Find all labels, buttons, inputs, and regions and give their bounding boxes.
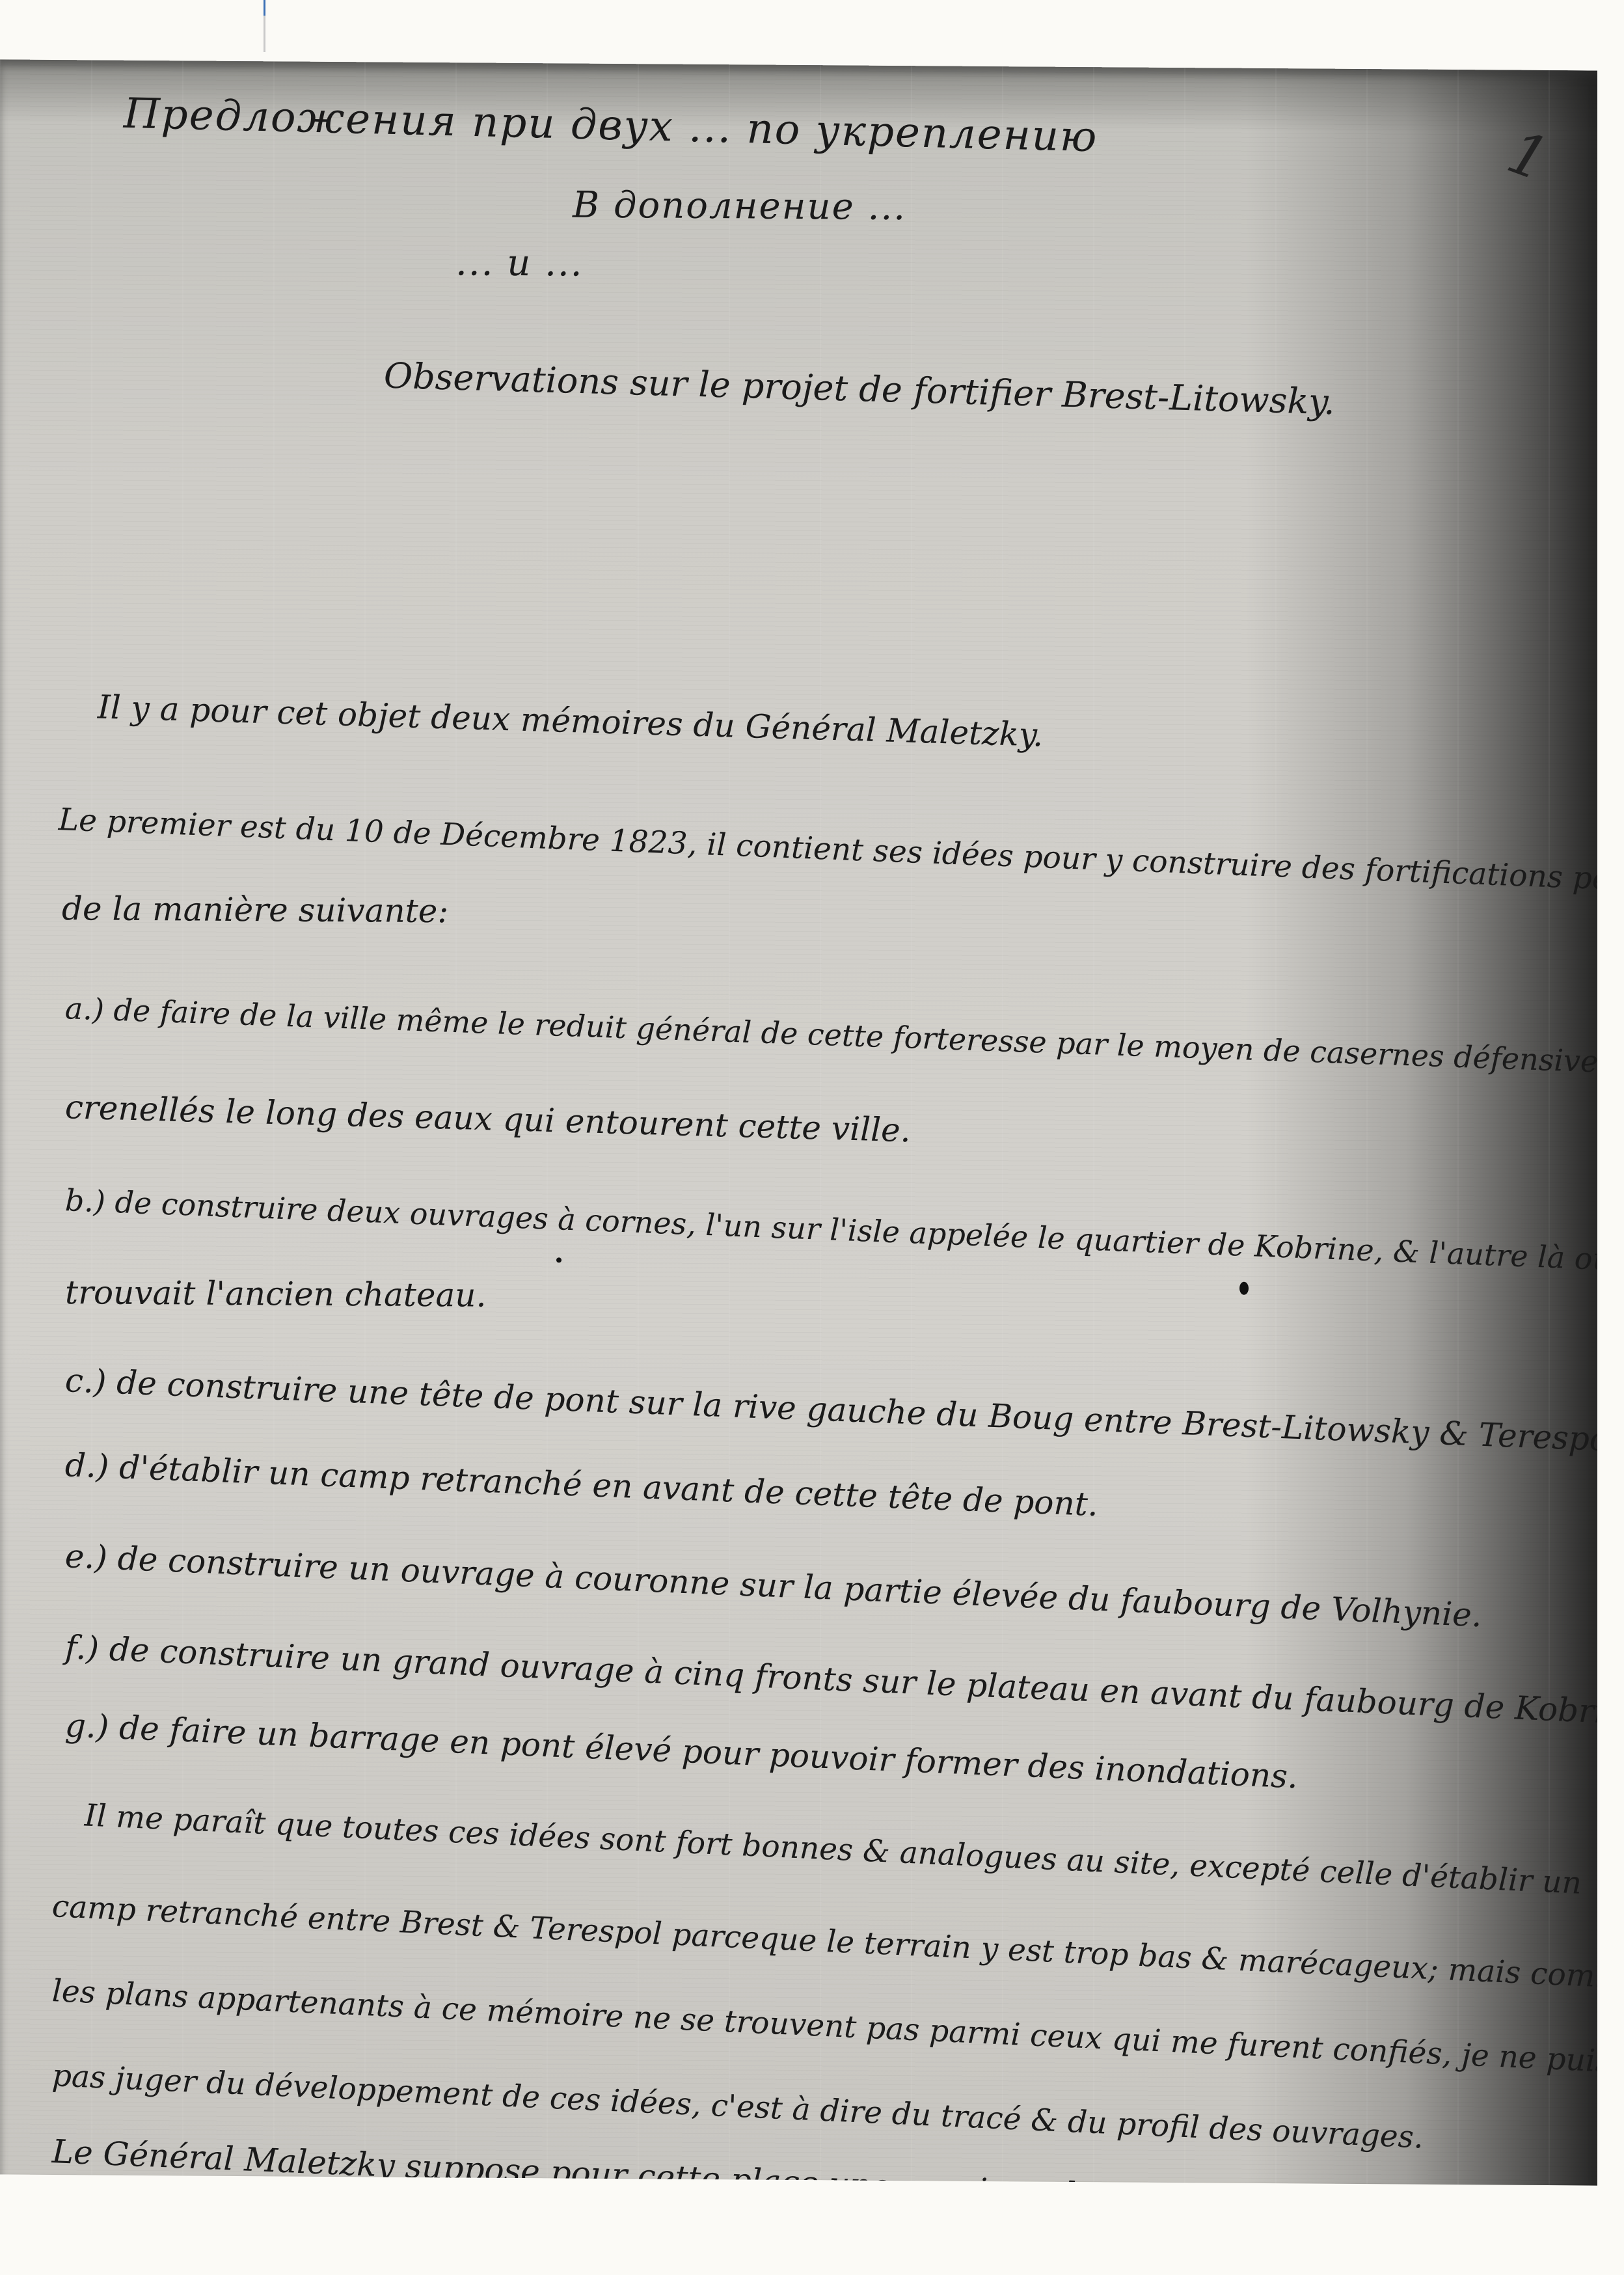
manuscript-photo: Предложения при двух ... по укреплению 1…: [0, 59, 1597, 2185]
list-item-a-line-1: a.) de faire de la ville même le reduit …: [64, 990, 1597, 1084]
document-title: Observations sur le projet de fortifier …: [383, 355, 1335, 423]
body-line-3: de la manière suivante:: [62, 890, 448, 930]
ink-spot: [556, 1257, 562, 1262]
body-line-conclusion-2: camp retranché entre Brest & Terespol pa…: [51, 1888, 1597, 1996]
body-line-conclusion-3: les plans appartenants à ce mémoire ne s…: [51, 1973, 1597, 2080]
list-item-g: g.) de faire un barrage en pont élevé po…: [64, 1706, 1299, 1795]
list-item-a-line-2: crenellés le long des eaux qui entourent…: [64, 1088, 911, 1149]
list-item-c: c.) de construire une tête de pont sur l…: [64, 1361, 1597, 1459]
body-line-conclusion-1: Il me paraît que toutes ces idées sont f…: [84, 1797, 1582, 1901]
list-item-e: e.) de construire un ouvrage à couronne …: [64, 1537, 1483, 1634]
page-number: 1: [1499, 118, 1558, 195]
russian-annotation-line-3: ... и ...: [455, 241, 583, 284]
scan-edge-mark: [264, 0, 265, 52]
russian-annotation-line-2: В дополнение ...: [573, 184, 906, 229]
list-item-b-line-2: trouvait l'ancien chateau.: [65, 1274, 486, 1315]
body-line-1: Il y a pour cet objet deux mémoires du G…: [97, 688, 1044, 754]
list-item-d: d.) d'établir un camp retranché en avant…: [64, 1446, 1099, 1523]
russian-annotation-line-1: Предложения при двух ... по укреплению: [123, 90, 1098, 162]
body-line-2: Le premier est du 10 de Décembre 1823, i…: [58, 802, 1597, 903]
ink-spot: [1239, 1282, 1249, 1295]
list-item-b-line-1: b.) de construire deux ouvrages à cornes…: [64, 1182, 1597, 1279]
